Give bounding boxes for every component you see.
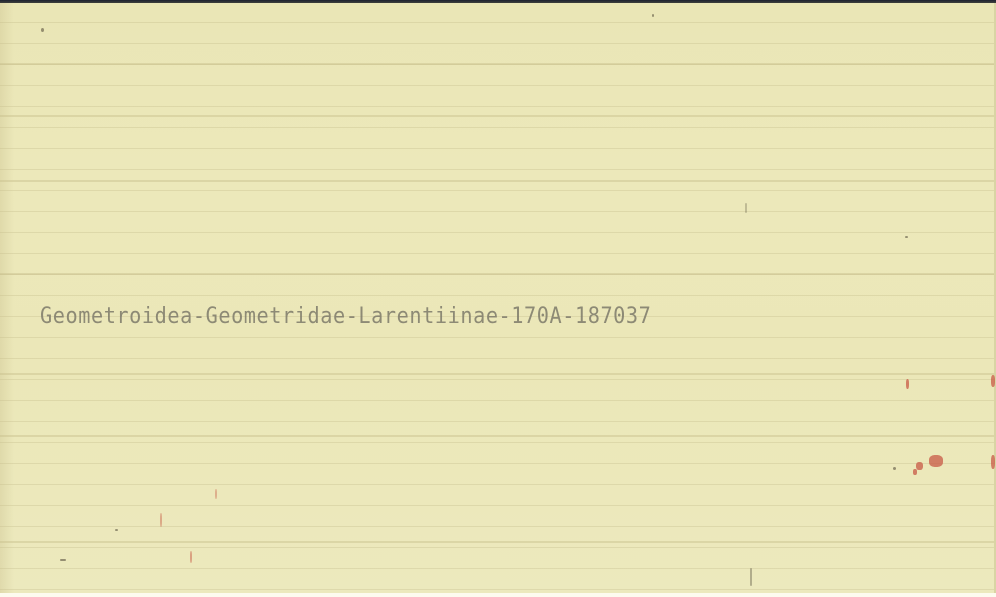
ruled-line [0,180,994,182]
index-card: Geometroidea-Geometridae-Larentiinae-170… [0,3,996,593]
stain-mark [215,489,217,499]
speck [905,236,908,238]
speck [652,14,654,17]
speck [60,559,66,561]
speck [115,529,118,531]
specimen-label: Geometroidea-Geometridae-Larentiinae-170… [40,304,651,329]
stain-mark [991,455,995,469]
stain-mark [913,469,917,475]
ruled-line [0,273,994,275]
stain-mark [991,375,995,387]
ruled-line [0,373,994,375]
ruled-line [0,63,994,65]
speck [745,203,747,213]
ruled-line [0,115,994,117]
stain-mark [160,513,162,527]
speck [893,467,896,470]
stain-mark [190,551,192,563]
speck [41,28,44,32]
ruled-line [0,541,994,543]
stain-mark [916,462,923,470]
ruled-line [0,435,994,437]
speck [750,568,752,586]
stain-mark [929,455,943,467]
stain-mark [906,379,909,389]
scan-bottom-edge [0,593,996,597]
